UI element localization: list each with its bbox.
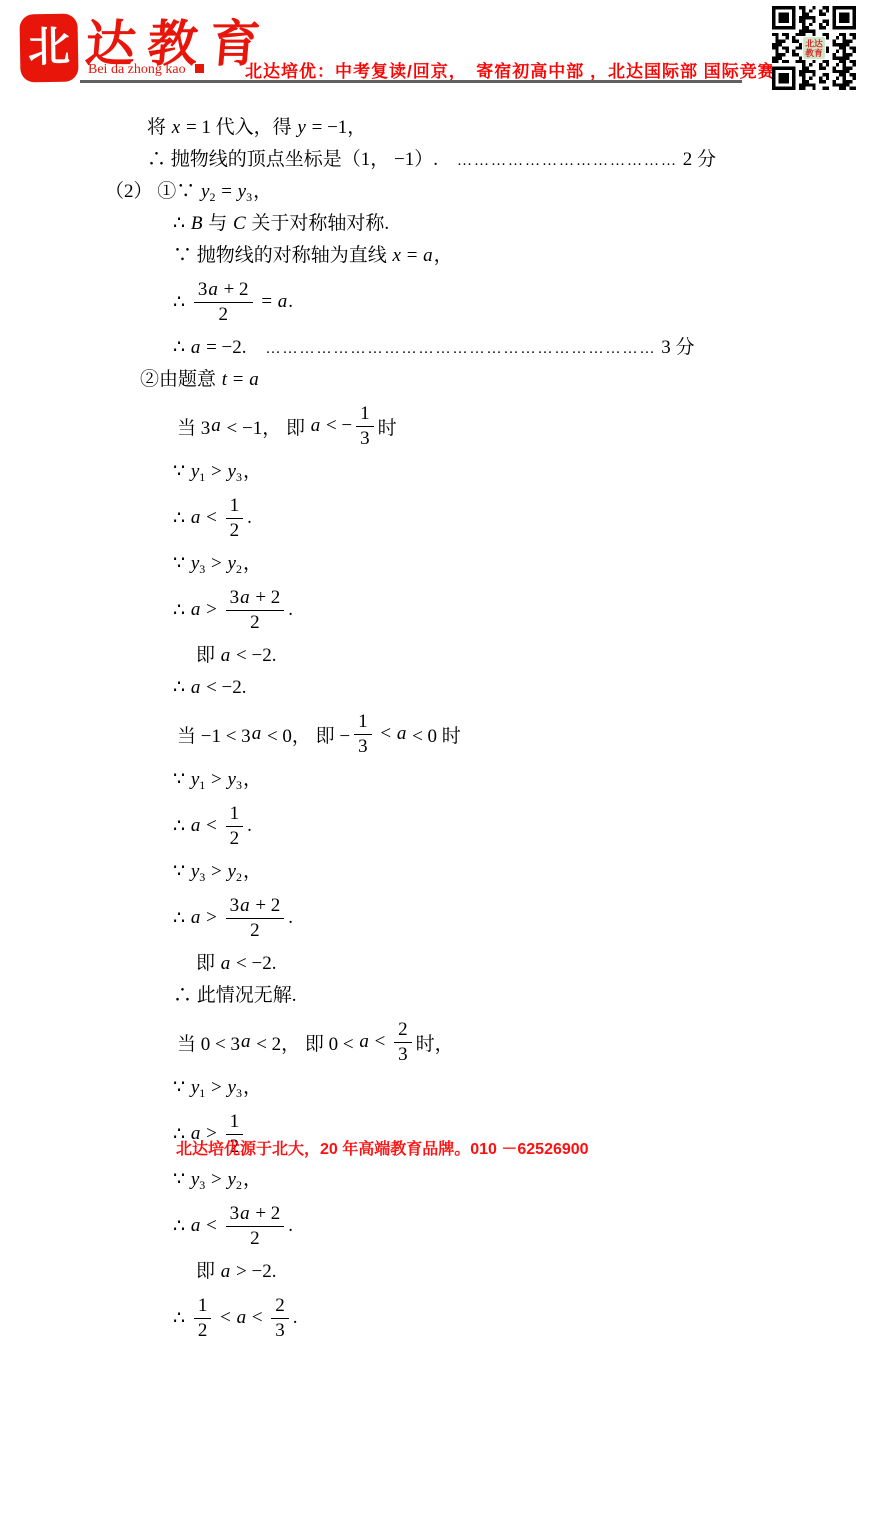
fraction-denominator: 3 bbox=[358, 735, 368, 758]
fraction-numerator: 1 bbox=[194, 1295, 212, 1319]
math-subscript: 3 bbox=[236, 778, 242, 792]
math-text: ∴ bbox=[173, 337, 190, 358]
math-variable: a bbox=[190, 1215, 202, 1237]
math-text: . bbox=[247, 507, 252, 529]
math-subscript: 3 bbox=[236, 470, 242, 484]
math-text: = −2. bbox=[201, 337, 265, 358]
math-text: < −2. bbox=[231, 953, 276, 974]
line-c3-so2: ∴ a < 3a + 22. bbox=[173, 1196, 870, 1256]
math-text: . bbox=[293, 1307, 298, 1329]
math-variable: a bbox=[190, 507, 202, 529]
math-text: > bbox=[206, 861, 226, 882]
math-variable: a bbox=[239, 587, 251, 608]
math-variable-subscripted: y1 bbox=[190, 769, 206, 790]
math-text: > −2. bbox=[231, 1261, 276, 1282]
page: 北 达教育 Bei da zhong kao 北达培优：中考复读/回京， 寄宿初… bbox=[0, 0, 870, 1535]
math-text: ∴ bbox=[173, 291, 190, 314]
fraction-numerator: 1 bbox=[354, 711, 372, 735]
math-text: + 2 bbox=[219, 279, 249, 300]
fraction-numerator: 1 bbox=[356, 403, 374, 427]
math-text: ∴ 抛物线的顶点坐标是（1， −1）. bbox=[147, 149, 457, 170]
fraction-numerator: 3a + 2 bbox=[226, 1203, 285, 1227]
math-fraction: 3a + 22 bbox=[226, 895, 285, 942]
line-axis: ∵ 抛物线的对称轴为直线 x = a， bbox=[173, 240, 870, 272]
math-text: ∵ bbox=[173, 1077, 190, 1098]
line-c3-because2: ∵ y3 > y2， bbox=[173, 1164, 870, 1196]
math-variable: a bbox=[220, 645, 232, 666]
math-text: < bbox=[201, 815, 221, 837]
math-text: ， bbox=[243, 1077, 262, 1098]
math-variable: a bbox=[220, 953, 232, 974]
line-c2-so1: ∴ a < 12. bbox=[173, 796, 870, 856]
math-text: = bbox=[402, 245, 422, 266]
math-variable: a bbox=[190, 677, 202, 698]
math-text: = bbox=[257, 291, 277, 313]
math-text: ∴ 此情况无解. bbox=[173, 985, 297, 1006]
solution-content: 将 x = 1 代入，得 y = −1，∴ 抛物线的顶点坐标是（1， −1）. … bbox=[0, 112, 870, 1348]
math-variable-subscripted: y1 bbox=[190, 461, 206, 482]
line-c1-because1: ∵ y1 > y3， bbox=[173, 456, 870, 488]
math-text: . bbox=[247, 815, 252, 837]
math-text: 3 bbox=[230, 895, 240, 916]
math-text: > bbox=[206, 1077, 226, 1098]
math-variable-subscripted: y3 bbox=[190, 1169, 206, 1190]
math-subscript: 3 bbox=[236, 1086, 242, 1100]
math-variable: t bbox=[221, 369, 228, 390]
math-text: > bbox=[201, 599, 221, 621]
math-subscript: 2 bbox=[236, 870, 242, 884]
math-text: 时 bbox=[378, 413, 397, 440]
math-text: 1 bbox=[230, 1111, 240, 1132]
math-subscript: 1 bbox=[199, 1086, 205, 1100]
line-case2: 当 −1 < 3a < 0， 即 −13 < a < 0 时 bbox=[177, 704, 870, 764]
math-text: < bbox=[201, 1215, 221, 1237]
math-fraction: 3a + 22 bbox=[226, 1203, 285, 1250]
math-text: ， bbox=[253, 181, 272, 202]
math-variable: a bbox=[248, 369, 260, 390]
math-variable: a bbox=[239, 1203, 251, 1224]
math-text: ∴ bbox=[173, 907, 190, 930]
math-text: ∴ bbox=[173, 507, 190, 530]
math-text: 2 bbox=[398, 1019, 408, 1040]
fraction-numerator: 2 bbox=[271, 1295, 289, 1319]
math-text: 将 bbox=[147, 117, 171, 138]
math-variable-subscripted: y3 bbox=[227, 461, 243, 482]
math-text: 3 bbox=[360, 428, 370, 449]
math-text: ∴ bbox=[173, 815, 190, 838]
math-subscript: 3 bbox=[199, 562, 205, 576]
math-variable: a bbox=[277, 291, 289, 313]
math-variable-subscripted: y3 bbox=[190, 861, 206, 882]
math-variable: a bbox=[236, 1307, 248, 1329]
math-text: 2 bbox=[230, 828, 240, 849]
math-text: 2 bbox=[218, 304, 228, 325]
math-variable-subscripted: y2 bbox=[227, 553, 243, 574]
math-text: . bbox=[288, 907, 293, 929]
math-text: ∴ bbox=[173, 599, 190, 622]
math-variable: a bbox=[239, 895, 251, 916]
line-c2-because2: ∵ y3 > y2， bbox=[173, 856, 870, 888]
math-text: 当 0 < 3 bbox=[177, 1029, 240, 1056]
math-text: + 2 bbox=[251, 587, 281, 608]
fraction-numerator: 1 bbox=[226, 803, 244, 827]
math-text: 2 bbox=[198, 1320, 208, 1341]
math-text: > bbox=[206, 769, 226, 790]
math-text: ， bbox=[243, 553, 262, 574]
line-axis-eq: ∴ 3a + 22 = a. bbox=[173, 272, 870, 332]
fraction-denominator: 2 bbox=[218, 303, 228, 326]
math-text: = −1， bbox=[307, 117, 366, 138]
line-c2-nosolution: ∴ 此情况无解. bbox=[173, 980, 870, 1012]
math-text: ∵ bbox=[173, 1169, 190, 1190]
math-text: = 1 代入，得 bbox=[181, 117, 296, 138]
line-c2-namely: 即 a < −2. bbox=[196, 948, 870, 980]
math-fraction: 12 bbox=[194, 1295, 212, 1342]
math-text: 当 −1 < 3 bbox=[177, 721, 251, 748]
math-text: 2 bbox=[250, 1228, 260, 1249]
qr-center-text: 教育 bbox=[805, 47, 823, 58]
line-part2-start: （2） ①∵ y2 = y3， bbox=[105, 176, 870, 208]
math-text: 即 bbox=[196, 1261, 220, 1282]
fraction-numerator: 3a + 2 bbox=[226, 895, 285, 919]
math-text: < 0 时 bbox=[407, 721, 460, 748]
line-c1-so1: ∴ a < 12. bbox=[173, 488, 870, 548]
line-part2-2: ②由题意 t = a bbox=[140, 364, 870, 396]
math-text: < bbox=[376, 723, 396, 745]
line-a-eq: ∴ a = −2. …………………………………………………………… 3 分 bbox=[173, 332, 870, 364]
math-subscript: 1 bbox=[199, 470, 205, 484]
math-subscript: 2 bbox=[236, 562, 242, 576]
math-subscript: 3 bbox=[246, 190, 252, 204]
math-variable: a bbox=[210, 415, 222, 437]
math-text: 时， bbox=[416, 1029, 454, 1056]
math-subscript: 3 bbox=[199, 1178, 205, 1192]
math-text: 关于对称轴对称. bbox=[247, 213, 390, 234]
line-final: ∴ 12 < a < 23. bbox=[173, 1288, 870, 1348]
math-text: （2） ①∵ bbox=[105, 181, 200, 202]
math-fraction: 23 bbox=[271, 1295, 289, 1342]
math-text: 2 bbox=[275, 1295, 285, 1316]
math-subscript: 1 bbox=[199, 778, 205, 792]
math-text: ， bbox=[243, 1169, 262, 1190]
math-text: 2 bbox=[250, 612, 260, 633]
math-variable-subscripted: y3 bbox=[190, 553, 206, 574]
math-variable: a bbox=[358, 1031, 370, 1053]
math-variable: a bbox=[190, 599, 202, 621]
fraction-numerator: 1 bbox=[226, 495, 244, 519]
math-variable-subscripted: y2 bbox=[227, 861, 243, 882]
math-text: + 2 bbox=[251, 895, 281, 916]
math-text: 1 bbox=[230, 803, 240, 824]
math-text: 2 bbox=[230, 520, 240, 541]
fraction-denominator: 2 bbox=[250, 1227, 260, 1250]
math-text: < −2. bbox=[201, 677, 246, 698]
red-square-bullet bbox=[195, 64, 204, 73]
math-variable: B bbox=[190, 213, 204, 234]
math-text: ∵ 抛物线的对称轴为直线 bbox=[173, 245, 392, 266]
math-text: + 2 bbox=[251, 1203, 281, 1224]
brand-pinyin-text: Bei da zhong kao bbox=[88, 62, 186, 77]
math-text: ∴ bbox=[173, 1215, 190, 1238]
fraction-denominator: 3 bbox=[360, 427, 370, 450]
math-text: < bbox=[215, 1307, 235, 1329]
fraction-numerator: 3a + 2 bbox=[194, 279, 253, 303]
math-text: 1 bbox=[360, 403, 370, 424]
math-variable-subscripted: y3 bbox=[227, 1077, 243, 1098]
math-subscript: 2 bbox=[236, 1178, 242, 1192]
math-variable: a bbox=[310, 415, 322, 437]
math-text: 3 bbox=[230, 587, 240, 608]
math-variable: a bbox=[207, 279, 219, 300]
header-divider bbox=[80, 80, 742, 83]
math-text: < bbox=[370, 1031, 390, 1053]
fraction-numerator: 1 bbox=[226, 1111, 244, 1135]
math-variable: C bbox=[232, 213, 247, 234]
fraction-denominator: 2 bbox=[230, 827, 240, 850]
line-c1-result: ∴ a < −2. bbox=[173, 672, 870, 704]
math-text: 3 bbox=[398, 1044, 408, 1065]
math-text: 3 bbox=[230, 1203, 240, 1224]
math-variable-subscripted: y3 bbox=[237, 181, 253, 202]
line-c2-because1: ∵ y1 > y3， bbox=[173, 764, 870, 796]
math-text: ∵ bbox=[173, 461, 190, 482]
math-text: ∵ bbox=[173, 769, 190, 790]
math-text: > bbox=[206, 553, 226, 574]
watermark-text: 北达培优源于北大，20 年高端教育品牌。010 －62526900 bbox=[176, 1136, 589, 1159]
math-variable: x bbox=[171, 117, 181, 138]
math-text: ， bbox=[243, 461, 262, 482]
math-text: 即 bbox=[196, 645, 220, 666]
math-text: 当 3 bbox=[177, 413, 210, 440]
line-c3-because1: ∵ y1 > y3， bbox=[173, 1072, 870, 1104]
math-text: = bbox=[216, 181, 236, 202]
qr-center-text: 北达 bbox=[805, 38, 823, 49]
line-c2-so2: ∴ a > 3a + 22. bbox=[173, 888, 870, 948]
math-variable: a bbox=[190, 815, 202, 837]
line-c1-so2: ∴ a > 3a + 22. bbox=[173, 580, 870, 640]
line-c1-namely: 即 a < −2. bbox=[196, 640, 870, 672]
math-fraction: 13 bbox=[354, 711, 372, 758]
line-substitute: 将 x = 1 代入，得 y = −1， bbox=[147, 112, 870, 144]
math-variable-subscripted: y2 bbox=[227, 1169, 243, 1190]
fraction-denominator: 2 bbox=[198, 1319, 208, 1342]
math-variable: a bbox=[422, 245, 434, 266]
math-subscript: 3 bbox=[199, 870, 205, 884]
math-subscript: 2 bbox=[209, 190, 215, 204]
math-text: < 0， 即 − bbox=[262, 721, 350, 748]
math-variable-subscripted: y2 bbox=[200, 181, 216, 202]
line-symmetry-bc: ∴ B 与 C 关于对称轴对称. bbox=[173, 208, 870, 240]
math-fraction: 12 bbox=[226, 495, 244, 542]
math-fraction: 23 bbox=[394, 1019, 412, 1066]
line-case1: 当 3a < −1， 即 a < −13时 bbox=[177, 396, 870, 456]
math-variable: a bbox=[396, 723, 408, 745]
math-text: < bbox=[247, 1307, 267, 1329]
math-variable-subscripted: y3 bbox=[227, 769, 243, 790]
line-case3: 当 0 < 3a < 2， 即 0 < a < 23时， bbox=[177, 1012, 870, 1072]
math-text: ∴ bbox=[173, 677, 190, 698]
math-text: 2 bbox=[250, 920, 260, 941]
fraction-denominator: 2 bbox=[230, 519, 240, 542]
math-text: = bbox=[228, 369, 248, 390]
math-text: ②由题意 bbox=[140, 369, 221, 390]
math-variable-subscripted: y1 bbox=[190, 1077, 206, 1098]
math-text: < − bbox=[321, 415, 352, 437]
math-text: 1 bbox=[198, 1295, 208, 1316]
math-text: < −1， 即 bbox=[222, 413, 310, 440]
math-text: 3 分 bbox=[657, 337, 695, 358]
math-text: 3 bbox=[275, 1320, 285, 1341]
math-text: 2 分 bbox=[678, 149, 716, 170]
dotted-leader: …………………………………………………………… bbox=[266, 341, 657, 357]
math-variable: a bbox=[240, 1031, 252, 1053]
math-text: . bbox=[288, 1215, 293, 1237]
math-text: ∵ bbox=[173, 861, 190, 882]
seal-character: 北 bbox=[28, 27, 71, 70]
fraction-denominator: 3 bbox=[275, 1319, 285, 1342]
math-text: 3 bbox=[358, 736, 368, 757]
math-text: > bbox=[206, 1169, 226, 1190]
math-text: > bbox=[206, 461, 226, 482]
math-text: . bbox=[288, 599, 293, 621]
math-variable: x bbox=[392, 245, 402, 266]
math-variable: a bbox=[220, 1261, 232, 1282]
math-variable: a bbox=[190, 337, 202, 358]
math-text: < 2， 即 0 < bbox=[251, 1029, 358, 1056]
line-vertex: ∴ 抛物线的顶点坐标是（1， −1）. ………………………………… 2 分 bbox=[147, 144, 870, 176]
math-text: ∴ bbox=[173, 213, 190, 234]
dotted-leader: ………………………………… bbox=[457, 153, 678, 169]
math-text: 1 bbox=[230, 495, 240, 516]
math-text: 即 bbox=[196, 953, 220, 974]
line-c1-because2: ∵ y3 > y2， bbox=[173, 548, 870, 580]
fraction-denominator: 3 bbox=[398, 1043, 408, 1066]
math-fraction: 3a + 22 bbox=[194, 279, 253, 326]
math-text: ， bbox=[243, 861, 262, 882]
math-variable: a bbox=[251, 723, 263, 745]
header-tagline: 北达培优：中考复读/回京， 寄宿初高中部 ，北达国际部 国际竞赛部 bbox=[245, 57, 794, 82]
fraction-numerator: 2 bbox=[394, 1019, 412, 1043]
brand-pinyin: Bei da zhong kao bbox=[88, 62, 204, 78]
math-text: ∴ bbox=[173, 1307, 190, 1330]
math-text: ∵ bbox=[173, 553, 190, 574]
math-fraction: 3a + 22 bbox=[226, 587, 285, 634]
qr-code-icon: 北达教育 bbox=[770, 6, 858, 90]
math-text: < −2. bbox=[231, 645, 276, 666]
math-variable: a bbox=[190, 907, 202, 929]
math-fraction: 13 bbox=[356, 403, 374, 450]
math-text: . bbox=[288, 291, 293, 313]
math-variable: y bbox=[296, 117, 306, 138]
math-text: 1 bbox=[358, 711, 368, 732]
math-text: ， bbox=[243, 769, 262, 790]
line-c3-namely: 即 a > −2. bbox=[196, 1256, 870, 1288]
math-text: ， bbox=[434, 245, 453, 266]
fraction-denominator: 2 bbox=[250, 919, 260, 942]
math-text: < bbox=[201, 507, 221, 529]
math-text: 与 bbox=[203, 213, 232, 234]
math-text: > bbox=[201, 907, 221, 929]
brand-seal-logo: 北 bbox=[21, 16, 76, 81]
fraction-numerator: 3a + 2 bbox=[226, 587, 285, 611]
math-fraction: 12 bbox=[226, 803, 244, 850]
fraction-denominator: 2 bbox=[250, 611, 260, 634]
math-text: 3 bbox=[198, 279, 208, 300]
